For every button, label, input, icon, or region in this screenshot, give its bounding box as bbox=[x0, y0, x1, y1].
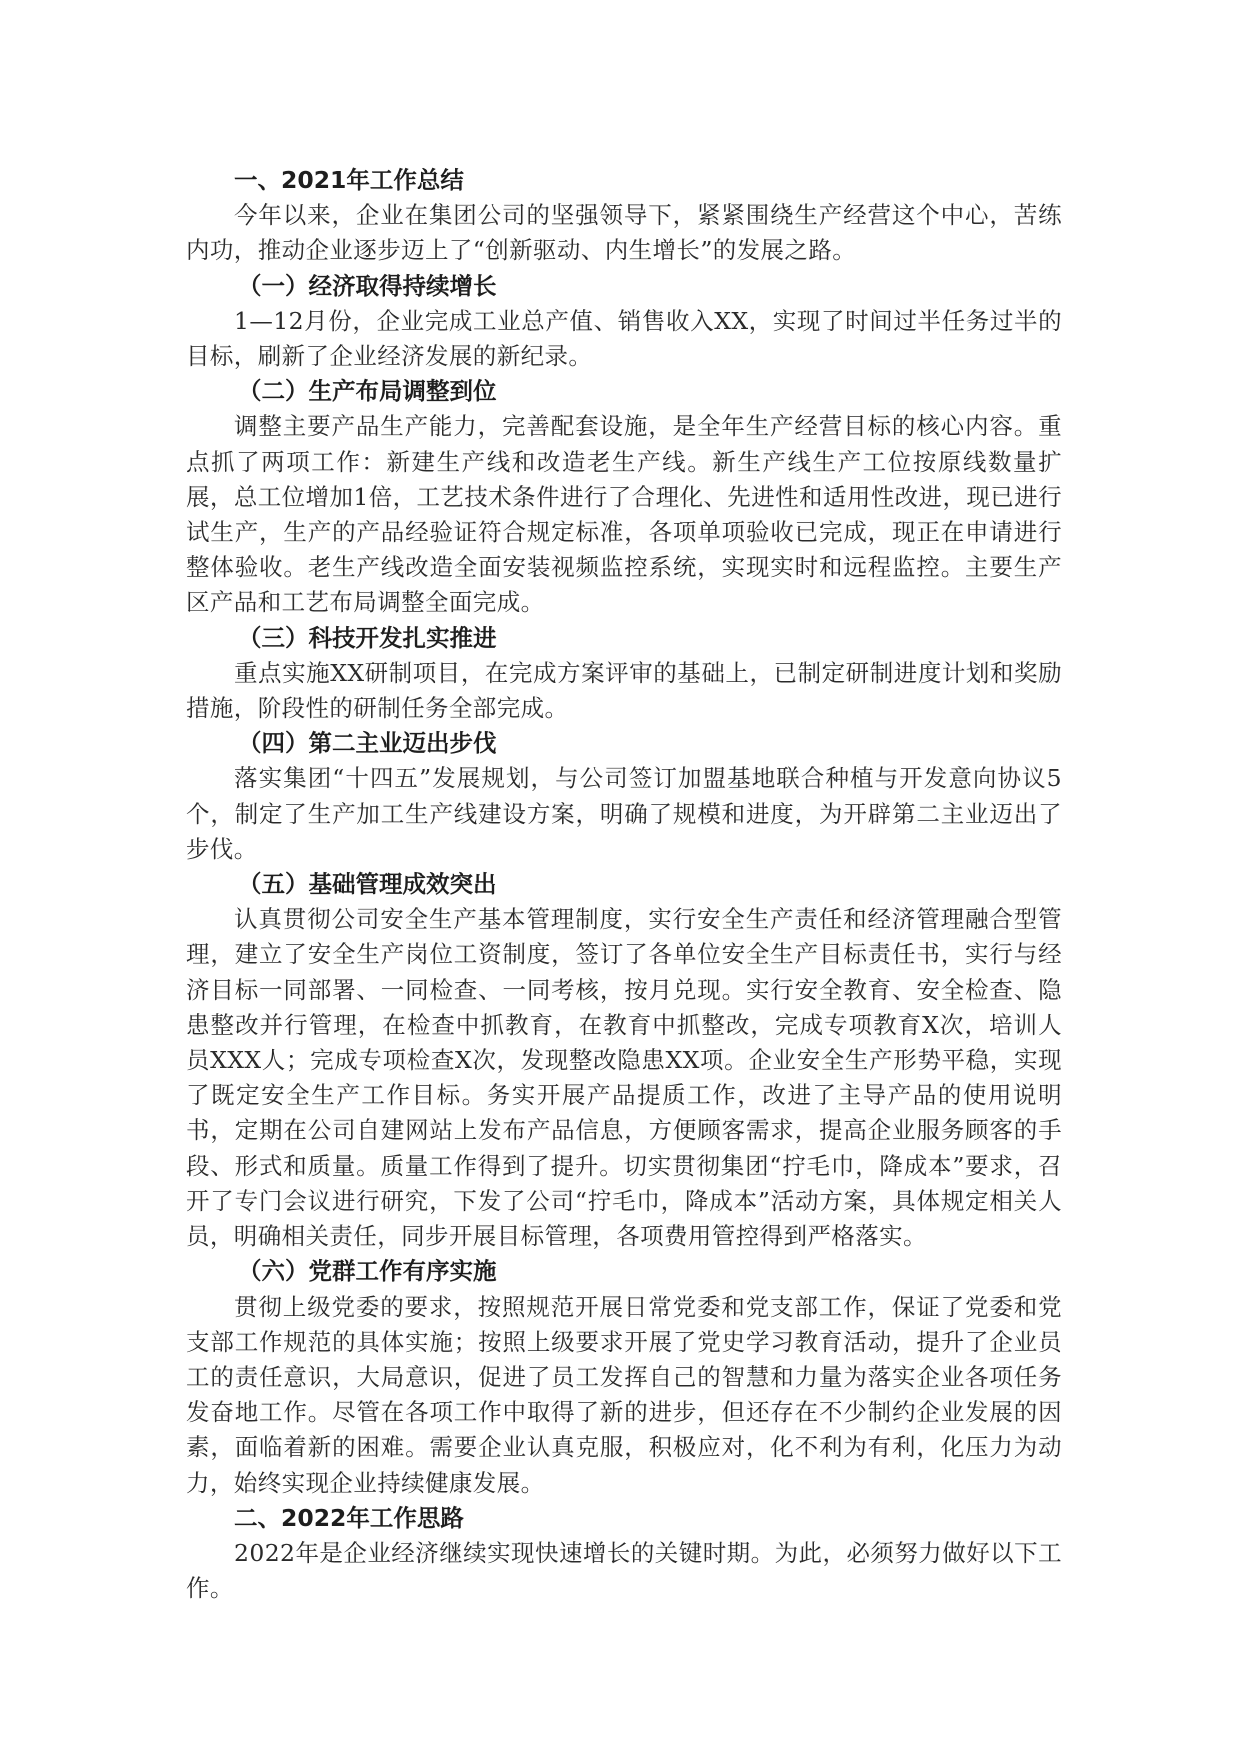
subsection-body-management: 认真贯彻公司安全生产基本管理制度，实行安全生产责任和经济管理融合型管理，建立了安… bbox=[186, 902, 1062, 1254]
subsection-heading-management: （五）基础管理成效突出 bbox=[186, 867, 1062, 902]
section-heading-2021-summary: 一、2021年工作总结 bbox=[186, 163, 1062, 198]
subsection-body-economy: 1—12月份，企业完成工业总产值、销售收入XX，实现了时间过半任务过半的目标，刷… bbox=[186, 304, 1062, 374]
subsection-heading-second-business: （四）第二主业迈出步伐 bbox=[186, 726, 1062, 761]
subsection-heading-party-work: （六）党群工作有序实施 bbox=[186, 1254, 1062, 1289]
subsection-body-rnd: 重点实施XX研制项目，在完成方案评审的基础上，已制定研制进度计划和奖励措施，阶段… bbox=[186, 656, 1062, 726]
section-heading-2022-plan: 二、2022年工作思路 bbox=[186, 1501, 1062, 1536]
section-intro-paragraph: 今年以来，企业在集团公司的坚强领导下，紧紧围绕生产经营这个中心，苦练内功，推动企… bbox=[186, 198, 1062, 268]
subsection-heading-economy: （一）经济取得持续增长 bbox=[186, 269, 1062, 304]
document-page: 一、2021年工作总结 今年以来，企业在集团公司的坚强领导下，紧紧围绕生产经营这… bbox=[186, 163, 1062, 1606]
section-intro-2022-plan: 2022年是企业经济继续实现快速增长的关键时期。为此，必须努力做好以下工作。 bbox=[186, 1536, 1062, 1606]
subsection-heading-rnd: （三）科技开发扎实推进 bbox=[186, 621, 1062, 656]
subsection-body-second-business: 落实集团“十四五”发展规划，与公司签订加盟基地联合种植与开发意向协议5个，制定了… bbox=[186, 761, 1062, 867]
subsection-body-party-work: 贯彻上级党委的要求，按照规范开展日常党委和党支部工作，保证了党委和党支部工作规范… bbox=[186, 1290, 1062, 1501]
subsection-heading-production-layout: （二）生产布局调整到位 bbox=[186, 374, 1062, 409]
subsection-body-production-layout: 调整主要产品生产能力，完善配套设施，是全年生产经营目标的核心内容。重点抓了两项工… bbox=[186, 409, 1062, 620]
